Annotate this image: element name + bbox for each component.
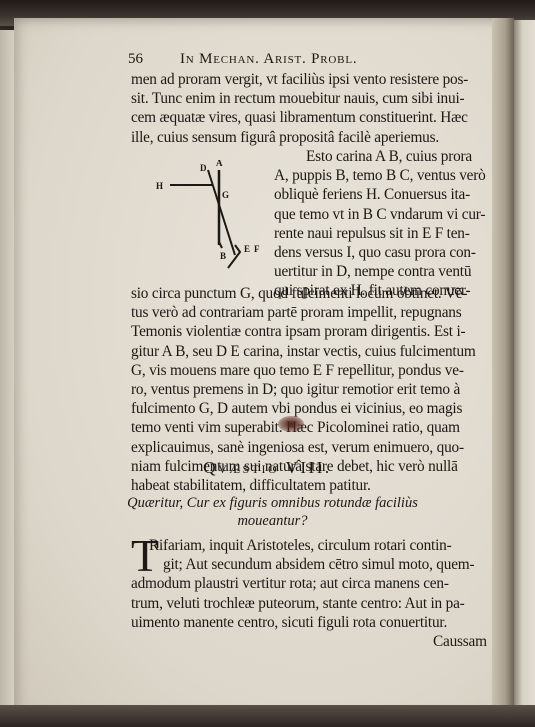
catchword: Caussam: [131, 632, 487, 651]
subtitle-line: moueantur?: [100, 512, 445, 530]
text-line: admodum plaustri vertitur rota; aut circ…: [131, 574, 487, 593]
paragraph-question: Rifariam, inquit Aristoteles, circulum r…: [131, 536, 487, 651]
text-line: tus verò ad contrariam partē proram impe…: [131, 303, 476, 322]
text-line: fulcimento G, D autem vbi pondus ei vici…: [131, 399, 476, 418]
text-line: rente naui repulsus sit in E F ten-: [274, 224, 486, 243]
text-line: cem æquatæ vires, quasi libramentum cons…: [131, 108, 468, 127]
svg-text:H: H: [156, 181, 163, 191]
text-line: trum, veluti trochleæ puteorum, stante c…: [131, 594, 487, 613]
text-line: A, puppis B, temo B C, ventus verò: [274, 166, 486, 185]
lever-diagram-icon: D A H G B E F: [140, 160, 270, 270]
question-subtitle: Quæritur, Cur ex figuris omnibus rotundæ…: [100, 494, 445, 530]
text-line: Esto carina A B, cuius prora: [274, 147, 486, 166]
text-line: G, vis mouens mare quo temo E F repellit…: [131, 361, 476, 380]
text-line: uimento manente centro, sicuti figuli ro…: [131, 613, 487, 632]
text-line: Rifariam, inquit Aristoteles, circulum r…: [131, 536, 487, 555]
book-bottom-edge: [0, 705, 535, 727]
svg-text:B: B: [220, 251, 226, 261]
ink-stain: [278, 416, 304, 432]
page-number: 56: [128, 51, 143, 68]
text-line: dens versus I, quo casu prora con-: [274, 243, 486, 262]
text-line: que temo vt in B C vndarum vi cur-: [274, 205, 486, 224]
text-line: ille, cuius sensum figurâ propositâ faci…: [131, 128, 468, 147]
text-line: men ad proram vergit, vt faciliùs ipsi v…: [131, 70, 468, 89]
facing-page-edge: [514, 20, 535, 720]
svg-text:D: D: [200, 163, 207, 173]
text-line: habeat stabilitatem, difficultatem patit…: [131, 476, 476, 495]
running-head: In Mechan. Arist. Probl.: [180, 51, 357, 68]
svg-text:A: A: [216, 160, 223, 168]
svg-text:G: G: [222, 190, 229, 200]
text-line: explicauimus, sanè ingeniosa est, verum …: [131, 438, 476, 457]
text-line: git; Aut secundum absidem cētro simul mo…: [131, 555, 487, 574]
paragraph-opening: men ad proram vergit, vt faciliùs ipsi v…: [131, 70, 468, 147]
text-line: uertitur in D, nempe contra ventū: [274, 262, 486, 281]
text-line: ro, ventus premens in D; quo igitur remo…: [131, 380, 476, 399]
subtitle-line: Quæritur, Cur ex figuris omnibus rotundæ…: [100, 494, 445, 512]
text-line: Temonis violentiæ contra ipsam proram di…: [131, 322, 476, 341]
ship-keel-diagram: D A H G B E F: [140, 160, 270, 270]
text-line: sio circa punctum G, quod fulcimenti loc…: [131, 284, 476, 303]
text-line: gitur A B, seu D E carina, instar vectis…: [131, 342, 476, 361]
svg-text:E: E: [244, 244, 250, 254]
text-line: sit. Tunc enim in rectum mouebitur nauis…: [131, 89, 468, 108]
page-gutter: [492, 18, 514, 718]
svg-text:F: F: [254, 244, 260, 254]
paragraph-diagram-caption: Esto carina A B, cuius prora A, puppis B…: [274, 147, 486, 301]
question-heading: Qvæstio VIII.: [0, 458, 535, 478]
text-line: obliquè feriens H. Conuersus ita-: [274, 185, 486, 204]
